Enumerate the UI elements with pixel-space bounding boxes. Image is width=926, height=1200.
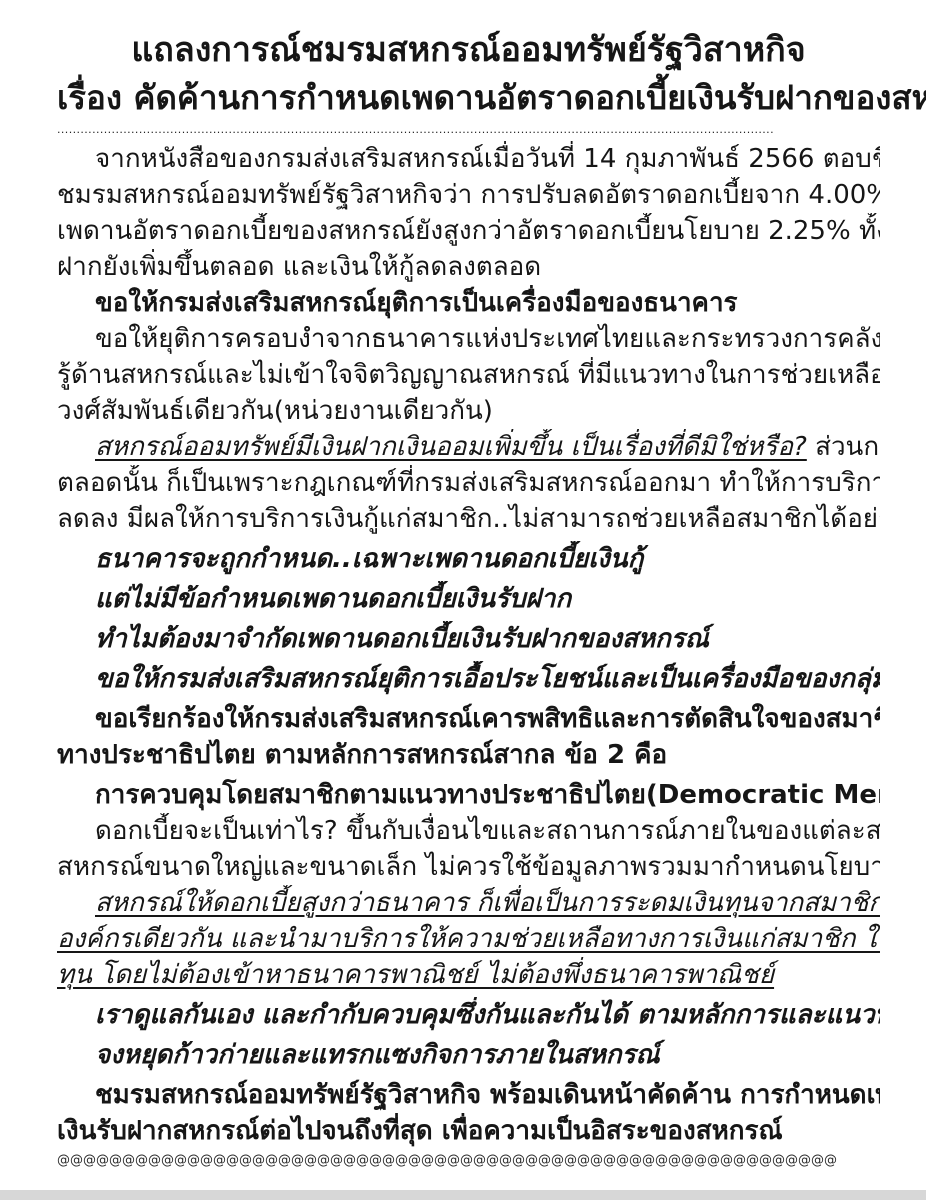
text-segment: ทางประชาธิปไตย ตามหลักการสหกรณ์สากล ข้อ … [57,740,667,770]
scan-edge-strip [0,1190,926,1200]
text-segment: รู้ด้านสหกรณ์และไม่เข้าใจจิตวิญญาณสหกรณ์… [57,360,880,390]
document-subtitle: เรื่อง คัดค้านการกำหนดเพดานอัตราดอกเบี้ย… [57,74,880,121]
text-segment: เพดานอัตราดอกเบี้ยของสหกรณ์ยังสูงกว่าอัต… [57,216,880,246]
dotted-separator: ........................................… [57,123,799,137]
text-segment: สหกรณ์ออมทรัพย์มีเงินฝากเงินออมเพิ่มขึ้น… [95,432,807,462]
text-segment: ส่วนการให้เงินกู้ที่ลดลง [807,432,880,462]
document-line: เงินรับฝากสหกรณ์ต่อไปจนถึงที่สุด เพื่อคว… [57,1113,880,1149]
document-line: ธนาคารจะถูกกำหนด..เฉพาะเพดานดอกเบี้ยเงิน… [57,541,880,577]
document-line: ทางประชาธิปไตย ตามหลักการสหกรณ์สากล ข้อ … [57,737,880,773]
document-line: วงศ์สัมพันธ์เดียวกัน(หน่วยงานเดียวกัน) [57,393,880,429]
text-segment: ทำไมต้องมาจำกัดเพดานดอกเบี้ยเงินรับฝากขอ… [95,624,709,654]
text-segment: เงินรับฝากสหกรณ์ต่อไปจนถึงที่สุด เพื่อคว… [57,1116,783,1146]
document-line: ขอให้กรมส่งเสริมสหกรณ์ยุติการเอื้อประโยช… [57,661,880,697]
text-segment: สหกรณ์ให้ดอกเบี้ยสูงกว่าธนาคาร ก็เพื่อเป… [95,888,880,918]
text-segment: ขอให้กรมส่งเสริมสหกรณ์ยุติการเป็นเครื่อง… [95,288,738,318]
text-segment: การควบคุมโดยสมาชิกตามแนวทางประชาธิปไตย(D… [95,780,880,810]
document-line: ขอเรียกร้องให้กรมส่งเสริมสหกรณ์เคารพสิทธ… [57,701,880,737]
document-line: รู้ด้านสหกรณ์และไม่เข้าใจจิตวิญญาณสหกรณ์… [57,357,880,393]
document-line: ทุน โดยไม่ต้องเข้าหาธนาคารพาณิชย์ ไม่ต้อ… [57,957,880,993]
document-line: ชมรมสหกรณ์ออมทรัพย์รัฐวิสาหกิจ พร้อมเดิน… [57,1077,880,1113]
text-segment: องค์กรเดียวกัน และนำมาบริการให้ความช่วยเ… [57,924,880,954]
document-line: การควบคุมโดยสมาชิกตามแนวทางประชาธิปไตย(D… [57,777,880,813]
document-line: เราดูแลกันเอง และกำกับควบคุมซึ่งกันและกั… [57,997,880,1033]
document-page: แถลงการณ์ชมรมสหกรณ์ออมทรัพย์รัฐวิสาหกิจ … [0,0,926,1200]
text-segment: ฝากยังเพิ่มขึ้นตลอด และเงินให้กู้ลดลงตลอ… [57,252,541,282]
document-line: สหกรณ์ให้ดอกเบี้ยสูงกว่าธนาคาร ก็เพื่อเป… [57,885,880,921]
document-line: ขอให้ยุติการครอบงำจากธนาคารแห่งประเทศไทย… [57,321,880,357]
text-segment: วงศ์สัมพันธ์เดียวกัน(หน่วยงานเดียวกัน) [57,396,493,426]
text-segment: ชมรมสหกรณ์ออมทรัพย์รัฐวิสาหกิจว่า การปรั… [57,180,880,210]
document-title: แถลงการณ์ชมรมสหกรณ์ออมทรัพย์รัฐวิสาหกิจ [57,26,880,74]
document-line: เพดานอัตราดอกเบี้ยของสหกรณ์ยังสูงกว่าอัต… [57,213,880,249]
text-segment: สหกรณ์ขนาดใหญ่และขนาดเล็ก ไม่ควรใช้ข้อมู… [57,852,880,882]
document-line: ชมรมสหกรณ์ออมทรัพย์รัฐวิสาหกิจว่า การปรั… [57,177,880,213]
document-line: สหกรณ์ขนาดใหญ่และขนาดเล็ก ไม่ควรใช้ข้อมู… [57,849,880,885]
document-line: ดอกเบี้ยจะเป็นเท่าไร? ขึ้นกับเงื่อนไขและ… [57,813,880,849]
text-segment: ดอกเบี้ยจะเป็นเท่าไร? ขึ้นกับเงื่อนไขและ… [95,816,880,846]
document-body: จากหนังสือของกรมส่งเสริมสหกรณ์เมื่อวันที… [57,141,880,1149]
text-segment: ทุน โดยไม่ต้องเข้าหาธนาคารพาณิชย์ ไม่ต้อ… [57,960,774,990]
text-segment: ตลอดนั้น ก็เป็นเพราะกฎเกณฑ์ที่กรมส่งเสริ… [57,468,880,498]
text-segment: ธนาคารจะถูกกำหนด..เฉพาะเพดานดอกเบี้ยเงิน… [95,544,643,574]
document-line: สหกรณ์ออมทรัพย์มีเงินฝากเงินออมเพิ่มขึ้น… [57,429,880,465]
document-line: จากหนังสือของกรมส่งเสริมสหกรณ์เมื่อวันที… [57,141,880,177]
text-segment: ขอให้ยุติการครอบงำจากธนาคารแห่งประเทศไทย… [95,324,880,354]
text-segment: ลดลง มีผลให้การบริการเงินกู้แก่สมาชิก..ไ… [57,504,880,534]
document-line: ฝากยังเพิ่มขึ้นตลอด และเงินให้กู้ลดลงตลอ… [57,249,880,285]
document-line: องค์กรเดียวกัน และนำมาบริการให้ความช่วยเ… [57,921,880,957]
document-line: ลดลง มีผลให้การบริการเงินกู้แก่สมาชิก..ไ… [57,501,880,537]
footer-symbols-row: @@@@@@@@@@@@@@@@@@@@@@@@@@@@@@@@@@@@@@@@… [57,1152,837,1170]
text-segment: จงหยุดก้าวก่ายและแทรกแซงกิจการภายในสหกรณ… [95,1040,660,1070]
document-line: จงหยุดก้าวก่ายและแทรกแซงกิจการภายในสหกรณ… [57,1037,880,1073]
document-line: ขอให้กรมส่งเสริมสหกรณ์ยุติการเป็นเครื่อง… [57,285,880,321]
text-segment: จากหนังสือของกรมส่งเสริมสหกรณ์เมื่อวันที… [95,144,880,174]
text-segment: ชมรมสหกรณ์ออมทรัพย์รัฐวิสาหกิจ พร้อมเดิน… [95,1080,880,1110]
text-segment: ขอให้กรมส่งเสริมสหกรณ์ยุติการเอื้อประโยช… [95,664,880,694]
text-segment: เราดูแลกันเอง และกำกับควบคุมซึ่งกันและกั… [95,1000,880,1030]
document-line: ทำไมต้องมาจำกัดเพดานดอกเบี้ยเงินรับฝากขอ… [57,621,880,657]
document-line: แต่ไม่มีข้อกำหนดเพดานดอกเบี้ยเงินรับฝาก [57,581,880,617]
text-segment: แต่ไม่มีข้อกำหนดเพดานดอกเบี้ยเงินรับฝาก [95,584,571,614]
document-line: ตลอดนั้น ก็เป็นเพราะกฎเกณฑ์ที่กรมส่งเสริ… [57,465,880,501]
text-segment: ขอเรียกร้องให้กรมส่งเสริมสหกรณ์เคารพสิทธ… [95,704,880,734]
